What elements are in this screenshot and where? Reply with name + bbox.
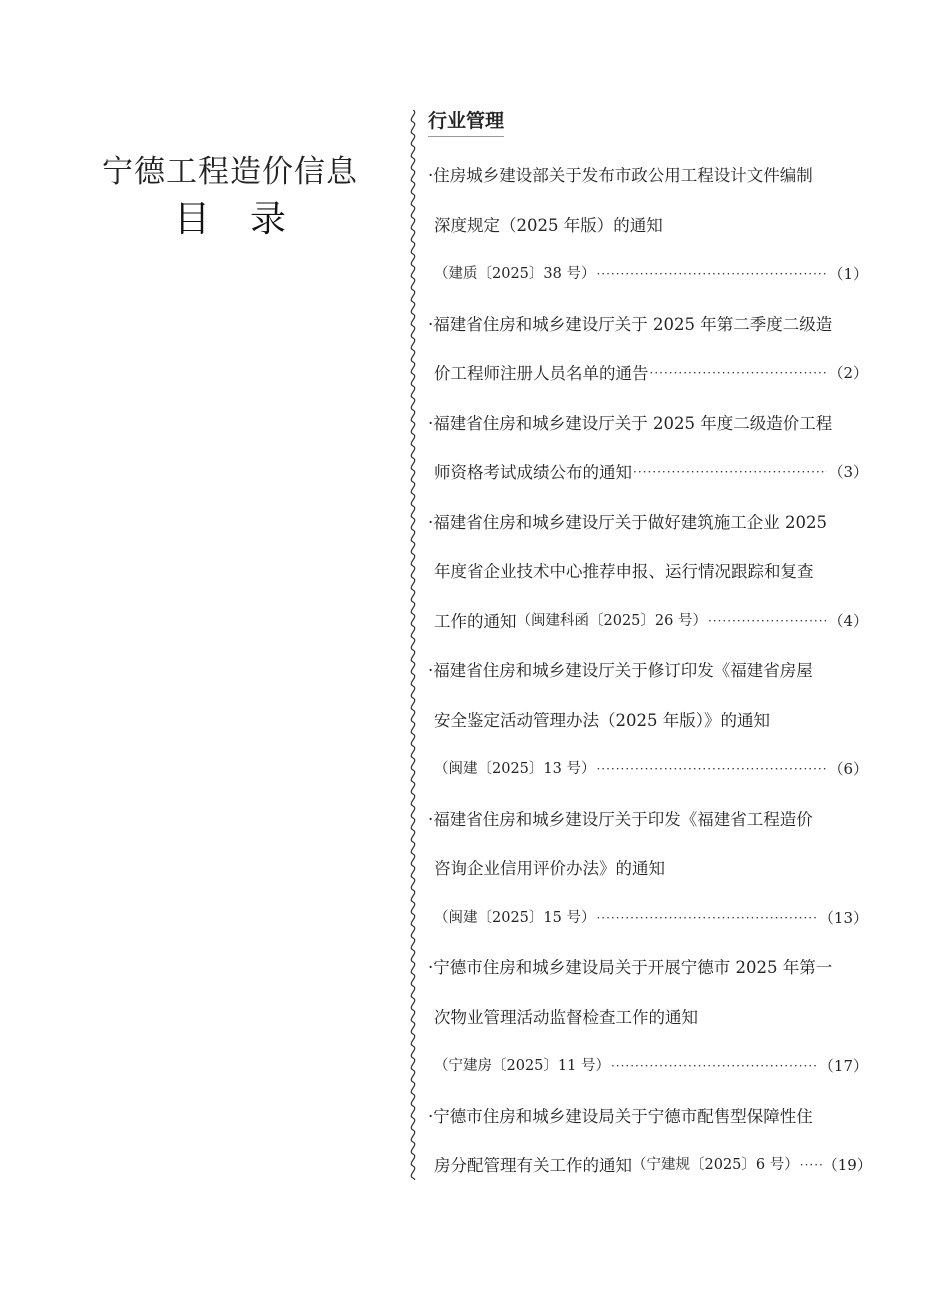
toc-entry[interactable]: ·住房城乡建设部关于发布市政公用工程设计文件编制 深度规定（2025 年版）的通… xyxy=(428,151,868,300)
section-heading: 行业管理 xyxy=(428,108,504,137)
toc-entry[interactable]: ·福建省住房和城乡建设厅关于 2025 年第二季度二级造 价工程师注册人员名单的… xyxy=(428,300,868,399)
entry-title-line: ·福建省住房和城乡建设厅关于 2025 年第二季度二级造 xyxy=(428,300,868,350)
toc-entry[interactable]: ·宁德市住房和城乡建设局关于开展宁德市 2025 年第一 次物业管理活动监督检查… xyxy=(428,943,868,1092)
entry-title-line: ·宁德市住房和城乡建设局关于宁德市配售型保障性住 xyxy=(428,1092,868,1142)
dot-leader xyxy=(611,1042,818,1092)
entry-title-tail: 工作的通知 xyxy=(434,597,517,647)
document-number: （宁建规〔2025〕6 号） xyxy=(632,1141,799,1191)
publication-title-block: 宁德工程造价信息 目录 xyxy=(80,150,380,246)
wavy-border-decoration xyxy=(406,110,420,1180)
page-number: （2） xyxy=(828,349,868,399)
page-number: （19） xyxy=(823,1141,872,1191)
entry-title-line: 深度规定（2025 年版）的通知 xyxy=(428,201,868,251)
dot-leader xyxy=(596,894,817,944)
entry-reference-line: 房分配管理有关工作的通知 （宁建规〔2025〕6 号） （19） xyxy=(428,1141,868,1191)
entry-reference-line: （宁建房〔2025〕11 号） （17） xyxy=(428,1042,868,1092)
document-number: （闽建科函〔2025〕26 号） xyxy=(517,597,707,647)
entry-title-tail: 房分配管理有关工作的通知 xyxy=(434,1141,632,1191)
page-number: （13） xyxy=(819,894,868,944)
entry-title-line: ·福建省住房和城乡建设厅关于做好建筑施工企业 2025 xyxy=(428,498,868,548)
toc-entry[interactable]: ·宁德市住房和城乡建设局关于宁德市配售型保障性住 房分配管理有关工作的通知 （宁… xyxy=(428,1092,868,1191)
entry-reference-line: 工作的通知 （闽建科函〔2025〕26 号） （4） xyxy=(428,597,868,647)
dot-leader xyxy=(633,448,827,498)
page-number: （4） xyxy=(828,597,868,647)
toc-entry[interactable]: ·福建省住房和城乡建设厅关于 2025 年度二级造价工程 师资格考试成绩公布的通… xyxy=(428,399,868,498)
entry-title-line: 年度省企业技术中心推荐申报、运行情况跟踪和复查 xyxy=(428,547,868,597)
entry-reference-line: （闽建〔2025〕13 号） （6） xyxy=(428,745,868,795)
entry-reference-line: 价工程师注册人员名单的通告 （2） xyxy=(428,349,868,399)
entry-reference-line: （建质〔2025〕38 号） （1） xyxy=(428,250,868,300)
dot-leader xyxy=(596,250,827,300)
toc-entry[interactable]: ·福建省住房和城乡建设厅关于印发《福建省工程造价 咨询企业信用评价办法》的通知 … xyxy=(428,795,868,944)
entry-title-line: ·福建省住房和城乡建设厅关于 2025 年度二级造价工程 xyxy=(428,399,868,449)
entry-title-line: ·福建省住房和城乡建设厅关于印发《福建省工程造价 xyxy=(428,795,868,845)
dot-leader xyxy=(800,1141,822,1191)
entry-title-line: ·福建省住房和城乡建设厅关于修订印发《福建省房屋 xyxy=(428,646,868,696)
document-number: （闽建〔2025〕15 号） xyxy=(434,894,595,944)
page-number: （3） xyxy=(828,448,868,498)
dot-leader xyxy=(708,597,827,647)
entry-title-tail: 价工程师注册人员名单的通告 xyxy=(434,349,649,399)
entry-title-line: ·住房城乡建设部关于发布市政公用工程设计文件编制 xyxy=(428,151,868,201)
document-number: （宁建房〔2025〕11 号） xyxy=(434,1042,610,1092)
dot-leader xyxy=(650,349,828,399)
entry-reference-line: 师资格考试成绩公布的通知 （3） xyxy=(428,448,868,498)
entry-title-line: 咨询企业信用评价办法》的通知 xyxy=(428,844,868,894)
entry-title-line: 次物业管理活动监督检查工作的通知 xyxy=(428,993,868,1043)
document-number: （闽建〔2025〕13 号） xyxy=(434,745,595,795)
document-number: （建质〔2025〕38 号） xyxy=(434,250,595,300)
table-of-contents: 行业管理 ·住房城乡建设部关于发布市政公用工程设计文件编制 深度规定（2025 … xyxy=(428,108,868,1191)
toc-entry[interactable]: ·福建省住房和城乡建设厅关于修订印发《福建省房屋 安全鉴定活动管理办法（2025… xyxy=(428,646,868,795)
page-number: （6） xyxy=(828,745,868,795)
page-number: （17） xyxy=(819,1042,868,1092)
toc-entry[interactable]: ·福建省住房和城乡建设厅关于做好建筑施工企业 2025 年度省企业技术中心推荐申… xyxy=(428,498,868,647)
publication-title: 宁德工程造价信息 xyxy=(80,150,380,194)
entry-title-line: 安全鉴定活动管理办法（2025 年版）》的通知 xyxy=(428,696,868,746)
entry-title-line: ·宁德市住房和城乡建设局关于开展宁德市 2025 年第一 xyxy=(428,943,868,993)
entry-title-tail: 师资格考试成绩公布的通知 xyxy=(434,448,632,498)
entry-reference-line: （闽建〔2025〕15 号） （13） xyxy=(428,894,868,944)
page-number: （1） xyxy=(828,250,868,300)
dot-leader xyxy=(596,745,827,795)
toc-title: 目录 xyxy=(120,194,380,246)
